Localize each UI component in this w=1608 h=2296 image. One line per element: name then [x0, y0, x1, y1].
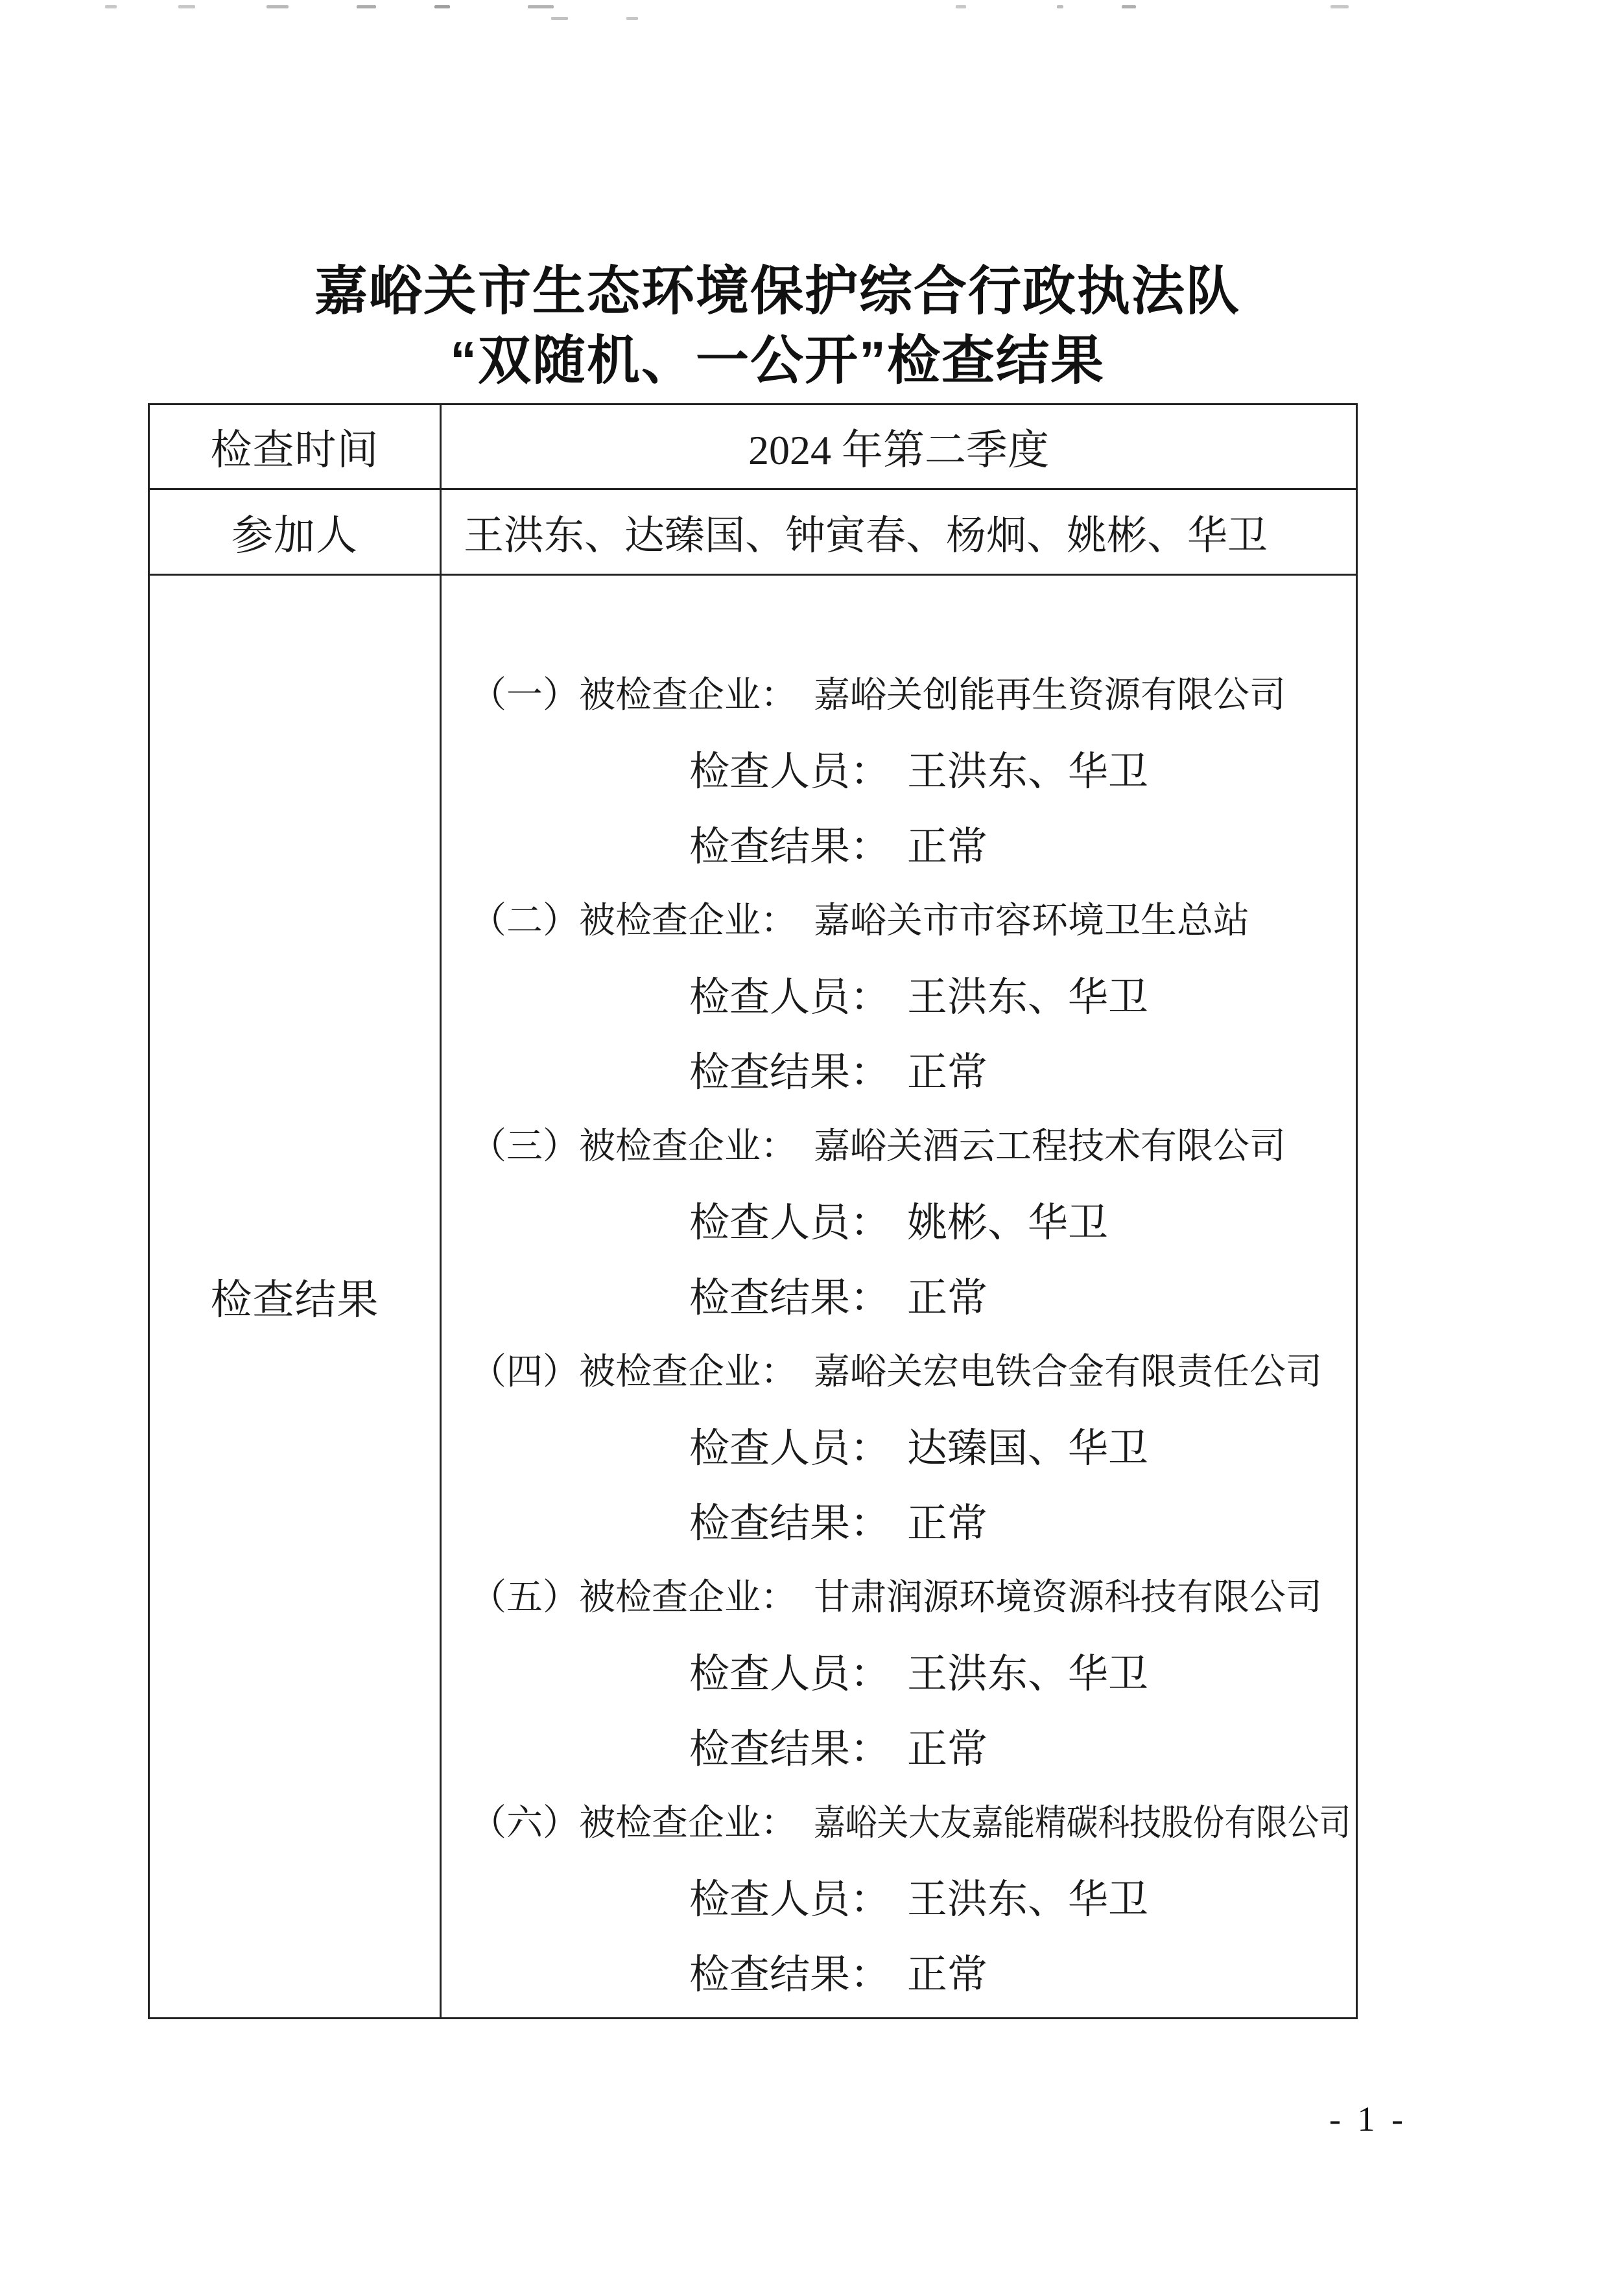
entry-inspectors-label: 检查人员：	[689, 1416, 890, 1473]
entry-company-name: 嘉峪关市市容环境卫生总站	[814, 892, 1249, 944]
entry-result-label: 检查结果：	[689, 814, 890, 872]
entry-company-name: 嘉峪关酒云工程技术有限公司	[814, 1118, 1286, 1169]
page-number: - 1 -	[1329, 2099, 1407, 2139]
entry-company-line: （四）被检查企业：嘉峪关宏电铁合金有限责任公司	[442, 1331, 1356, 1407]
entry-result-label: 检查结果：	[689, 1942, 890, 2000]
entry-result-line: 检查结果：正常	[442, 1256, 1356, 1331]
entry-inspectors-label: 检查人员：	[689, 1641, 890, 1699]
document-title-line2: “双随机、一公开”检查结果	[172, 326, 1382, 395]
entry-inspectors: 王洪东、华卫	[907, 965, 1148, 1022]
entry-result: 正常	[907, 1942, 987, 2000]
entry-result: 正常	[907, 1491, 987, 1549]
entry-result: 正常	[907, 1716, 987, 1774]
entry-result-line: 检查结果：正常	[442, 805, 1356, 880]
entry-company-label: 被检查企业：	[579, 1803, 797, 1844]
table-row-results: 检查结果 （一）被检查企业：嘉峪关创能再生资源有限公司 检查人员：王洪东、华卫 …	[150, 576, 1356, 2017]
entry-company-line: （三）被检查企业：嘉峪关酒云工程技术有限公司	[442, 1106, 1356, 1181]
entry-inspectors-label: 检查人员：	[689, 739, 890, 797]
document-title-line1: 嘉峪关市生态环境保护综合行政执法队	[172, 257, 1382, 326]
entry-company-line: （五）被检查企业：甘肃润源环境资源科技有限公司	[442, 1557, 1356, 1632]
entry-result-line: 检查结果：正常	[442, 1482, 1356, 1557]
entry-inspectors-line: 检查人员：姚彬、华卫	[442, 1181, 1356, 1256]
results-label: 检查结果	[150, 576, 442, 2017]
entry-result: 正常	[907, 1265, 987, 1323]
entry-inspectors-line: 检查人员：王洪东、华卫	[442, 1858, 1356, 1933]
entry-result: 正常	[907, 1040, 987, 1097]
inspection-results-table: 检查时间 2024 年第二季度 参加人 王洪东、达臻国、钟寅春、杨炯、姚彬、华卫…	[148, 403, 1358, 2019]
entry-inspectors: 王洪东、华卫	[907, 739, 1148, 797]
entry-company-line: （六）被检查企业：嘉峪关大友嘉能精碳科技股份有限公司	[442, 1783, 1356, 1858]
document-title: 嘉峪关市生态环境保护综合行政执法队 “双随机、一公开”检查结果	[172, 257, 1382, 395]
entry-number: （四）	[470, 1352, 579, 1392]
inspection-entry: （一）被检查企业：嘉峪关创能再生资源有限公司 检查人员：王洪东、华卫 检查结果：…	[442, 655, 1356, 880]
entry-inspectors-line: 检查人员：达臻国、华卫	[442, 1407, 1356, 1482]
table-row-participants: 参加人 王洪东、达臻国、钟寅春、杨炯、姚彬、华卫	[150, 490, 1356, 576]
entry-inspectors-label: 检查人员：	[689, 1867, 890, 1925]
entry-result: 正常	[907, 814, 987, 872]
entry-number: （六）	[470, 1803, 579, 1844]
entry-inspectors-line: 检查人员：王洪东、华卫	[442, 955, 1356, 1031]
entry-company-name: 嘉峪关宏电铁合金有限责任公司	[814, 1343, 1322, 1395]
inspection-entry: （三）被检查企业：嘉峪关酒云工程技术有限公司 检查人员：姚彬、华卫 检查结果：正…	[442, 1106, 1356, 1331]
entry-result-label: 检查结果：	[689, 1716, 890, 1774]
inspection-entry: （四）被检查企业：嘉峪关宏电铁合金有限责任公司 检查人员：达臻国、华卫 检查结果…	[442, 1331, 1356, 1557]
entry-number: （五）	[470, 1578, 579, 1618]
entry-inspectors-label: 检查人员：	[689, 1190, 890, 1248]
scanned-document-page: 嘉峪关市生态环境保护综合行政执法队 “双随机、一公开”检查结果 检查时间 202…	[0, 0, 1608, 2296]
entry-company-line: （一）被检查企业：嘉峪关创能再生资源有限公司	[442, 655, 1356, 730]
entry-inspectors: 王洪东、华卫	[907, 1641, 1148, 1699]
entry-company-label: 被检查企业：	[579, 1578, 797, 1618]
entry-number: （二）	[470, 901, 579, 941]
entry-inspectors-label: 检查人员：	[689, 965, 890, 1022]
inspection-entry: （五）被检查企业：甘肃润源环境资源科技有限公司 检查人员：王洪东、华卫 检查结果…	[442, 1557, 1356, 1783]
entry-inspectors-line: 检查人员：王洪东、华卫	[442, 730, 1356, 805]
table-row-inspection-time: 检查时间 2024 年第二季度	[150, 405, 1356, 490]
entry-inspectors-line: 检查人员：王洪东、华卫	[442, 1632, 1356, 1707]
entry-inspectors: 姚彬、华卫	[907, 1190, 1108, 1248]
entry-company-line: （二）被检查企业：嘉峪关市市容环境卫生总站	[442, 880, 1356, 955]
entry-result-label: 检查结果：	[689, 1040, 890, 1097]
inspection-time-value: 2024 年第二季度	[442, 405, 1356, 488]
entry-result-line: 检查结果：正常	[442, 1707, 1356, 1783]
entry-company-name: 甘肃润源环境资源科技有限公司	[814, 1569, 1322, 1621]
inspection-entry: （六）被检查企业：嘉峪关大友嘉能精碳科技股份有限公司 检查人员：王洪东、华卫 检…	[442, 1783, 1356, 2008]
participants-label: 参加人	[150, 490, 442, 574]
inspection-time-label: 检查时间	[150, 405, 442, 488]
scan-artifacts	[97, 5, 1556, 10]
entry-company-label: 被检查企业：	[579, 675, 797, 716]
entry-inspectors: 达臻国、华卫	[907, 1416, 1148, 1473]
entry-result-line: 检查结果：正常	[442, 1031, 1356, 1106]
entry-company-name: 嘉峪关创能再生资源有限公司	[814, 666, 1286, 718]
entry-inspectors: 王洪东、华卫	[907, 1867, 1148, 1925]
inspection-entries: （一）被检查企业：嘉峪关创能再生资源有限公司 检查人员：王洪东、华卫 检查结果：…	[442, 576, 1356, 2017]
entry-number: （一）	[470, 675, 579, 716]
inspection-entry: （二）被检查企业：嘉峪关市市容环境卫生总站 检查人员：王洪东、华卫 检查结果：正…	[442, 880, 1356, 1106]
entry-result-line: 检查结果：正常	[442, 1933, 1356, 2008]
entry-result-label: 检查结果：	[689, 1265, 890, 1323]
entry-company-label: 被检查企业：	[579, 901, 797, 941]
entry-company-name: 嘉峪关大友嘉能精碳科技股份有限公司	[814, 1794, 1351, 1846]
entry-result-label: 检查结果：	[689, 1491, 890, 1549]
entry-company-label: 被检查企业：	[579, 1127, 797, 1167]
participants-value: 王洪东、达臻国、钟寅春、杨炯、姚彬、华卫	[442, 490, 1356, 574]
entry-number: （三）	[470, 1127, 579, 1167]
entry-company-label: 被检查企业：	[579, 1352, 797, 1392]
